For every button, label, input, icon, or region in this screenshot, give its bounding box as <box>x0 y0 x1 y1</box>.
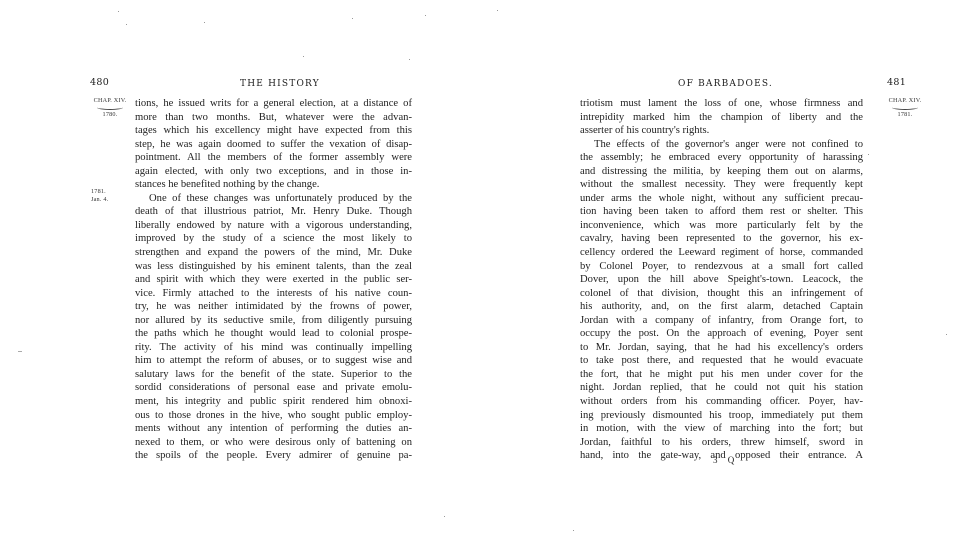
text-line: step, he was again doomed to suffer the … <box>135 138 412 152</box>
marginal-note-chapter: CHAP. XIV. 1781. <box>884 97 926 119</box>
text-line: to Mr. Jordan, saying, that he had his e… <box>580 341 863 355</box>
text-line: was less distinguished by his eminent ta… <box>135 260 412 274</box>
scan-speck <box>118 11 119 12</box>
text-line: tion having been taken to afford them re… <box>580 205 863 219</box>
marginal-chapter-label: CHAP. XIV. <box>889 97 922 104</box>
text-line: and distressing the militia, by keeping … <box>580 165 863 179</box>
marginal-year: 1781. <box>898 111 913 118</box>
scan-speck <box>18 351 22 352</box>
scan-speck <box>425 15 426 16</box>
text-line: ous to those drones in the hive, who sou… <box>135 409 412 423</box>
text-line: by Colonel Poyer, to rendezvous at a sma… <box>580 260 863 274</box>
text-line: vice. Firmly attached to the interests o… <box>135 287 412 301</box>
text-line: occupy the post. On the approach of even… <box>580 327 863 341</box>
text-line: try, he was neither intimidated by the f… <box>135 300 412 314</box>
text-line: ments without any intention of performin… <box>135 422 412 436</box>
text-line: cellency ordered the Leeward regiment of… <box>580 246 863 260</box>
scan-speck <box>204 22 205 23</box>
page-number: 480 <box>90 77 109 88</box>
text-line: One of these changes was unfortunately p… <box>135 192 412 206</box>
scan-speck <box>126 24 127 25</box>
text-line: in motion, with the view of marching int… <box>580 422 863 436</box>
marginal-note-chapter: CHAP. XIV. 1780. <box>89 97 131 119</box>
text-line: tions, he issued writs for a general ele… <box>135 97 412 111</box>
text-line: the paths which he thought would lead to… <box>135 327 412 341</box>
brace-icon <box>892 105 918 110</box>
scan-speck <box>868 154 869 155</box>
text-line: Jordan with a company of infantry, from … <box>580 314 863 328</box>
text-line: liberally endowed by nature with a vigor… <box>135 219 412 233</box>
marginal-chapter-label: CHAP. XIV. <box>94 97 127 104</box>
text-line: colonel of that division, thought this a… <box>580 287 863 301</box>
running-head: OF BARBADOES. <box>678 79 773 89</box>
marginal-year: 1780. <box>103 111 118 118</box>
signature-mark: 3 Q <box>713 455 738 465</box>
text-line: without the smallest necessity. They wer… <box>580 178 863 192</box>
text-line: tages which his excellency might have ex… <box>135 124 412 138</box>
text-line: to take post there, and requested that h… <box>580 354 863 368</box>
scan-speck <box>409 59 410 60</box>
text-line: The effects of the governor's anger were… <box>580 138 863 152</box>
text-line: triotism must lament the loss of one, wh… <box>580 97 863 111</box>
text-line: and spirit with which they were exerted … <box>135 273 412 287</box>
scan-speck <box>497 10 498 11</box>
page-number: 481 <box>887 77 906 88</box>
text-line: under arms the whole night, without any … <box>580 192 863 206</box>
text-line: without orders from his commanding offic… <box>580 395 863 409</box>
text-line: again elected, with only two exceptions,… <box>135 165 412 179</box>
text-line: nor allured by its seductive smile, from… <box>135 314 412 328</box>
scan-speck <box>303 56 304 57</box>
text-line: pointment. All the members of the former… <box>135 151 412 165</box>
text-line: improved by the study of a science the m… <box>135 232 412 246</box>
scan-speck <box>946 334 947 335</box>
text-line: his authority, and, on the first alarm, … <box>580 300 863 314</box>
text-line: strengthen and expand the powers of the … <box>135 246 412 260</box>
text-line: asserter of his country's rights. <box>580 124 863 138</box>
running-head: THE HISTORY <box>240 79 320 89</box>
right-page: OF BARBADOES. 481 CHAP. XIV. 1781. triot… <box>490 0 980 548</box>
marginal-date: Jan. 4. <box>91 196 123 204</box>
left-page: 480 THE HISTORY CHAP. XIV. 1780. 1781. J… <box>0 0 490 548</box>
text-line: sordid considerations of personal ease a… <box>135 381 412 395</box>
body-text: triotism must lament the loss of one, wh… <box>580 97 863 463</box>
marginal-year: 1781. <box>91 188 123 196</box>
text-line: Dover, upon the hill above Speight's-tow… <box>580 273 863 287</box>
text-line: rity. The activity of his mind was conti… <box>135 341 412 355</box>
marginal-note-date: 1781. Jan. 4. <box>91 188 123 204</box>
body-text: tions, he issued writs for a general ele… <box>135 97 412 463</box>
scan-speck <box>573 530 574 531</box>
brace-icon <box>97 105 123 110</box>
text-line: him to attempt the reform of abuses, or … <box>135 354 412 368</box>
text-line: ment, his integrity and public spirit re… <box>135 395 412 409</box>
text-line: salutary laws for the benefit of the sta… <box>135 368 412 382</box>
text-line: stances he benefited nothing by the chan… <box>135 178 412 192</box>
text-line: the spoils of the people. Every admirer … <box>135 449 412 463</box>
scan-speck <box>444 516 445 517</box>
text-line: the fort, that he might put his men unde… <box>580 368 863 382</box>
text-line: the assembly; he embraced every opportun… <box>580 151 863 165</box>
scan-speck <box>352 18 353 19</box>
text-line: nexed to them, or who were desirous only… <box>135 436 412 450</box>
text-line: Jordan, faithful to his orders, threw hi… <box>580 436 863 450</box>
scan-speck <box>300 302 301 303</box>
text-line: inconvenience, which was more particular… <box>580 219 863 233</box>
text-line: cavalry, having been represented to the … <box>580 232 863 246</box>
text-line: ing previously dismounted his troop, imm… <box>580 409 863 423</box>
text-line: night. Jordan replied, that he could not… <box>580 381 863 395</box>
text-line: intrepidity marked him the champion of l… <box>580 111 863 125</box>
text-line: more than two months. But, whatever were… <box>135 111 412 125</box>
text-line: death of that illustrious patriot, Mr. H… <box>135 205 412 219</box>
